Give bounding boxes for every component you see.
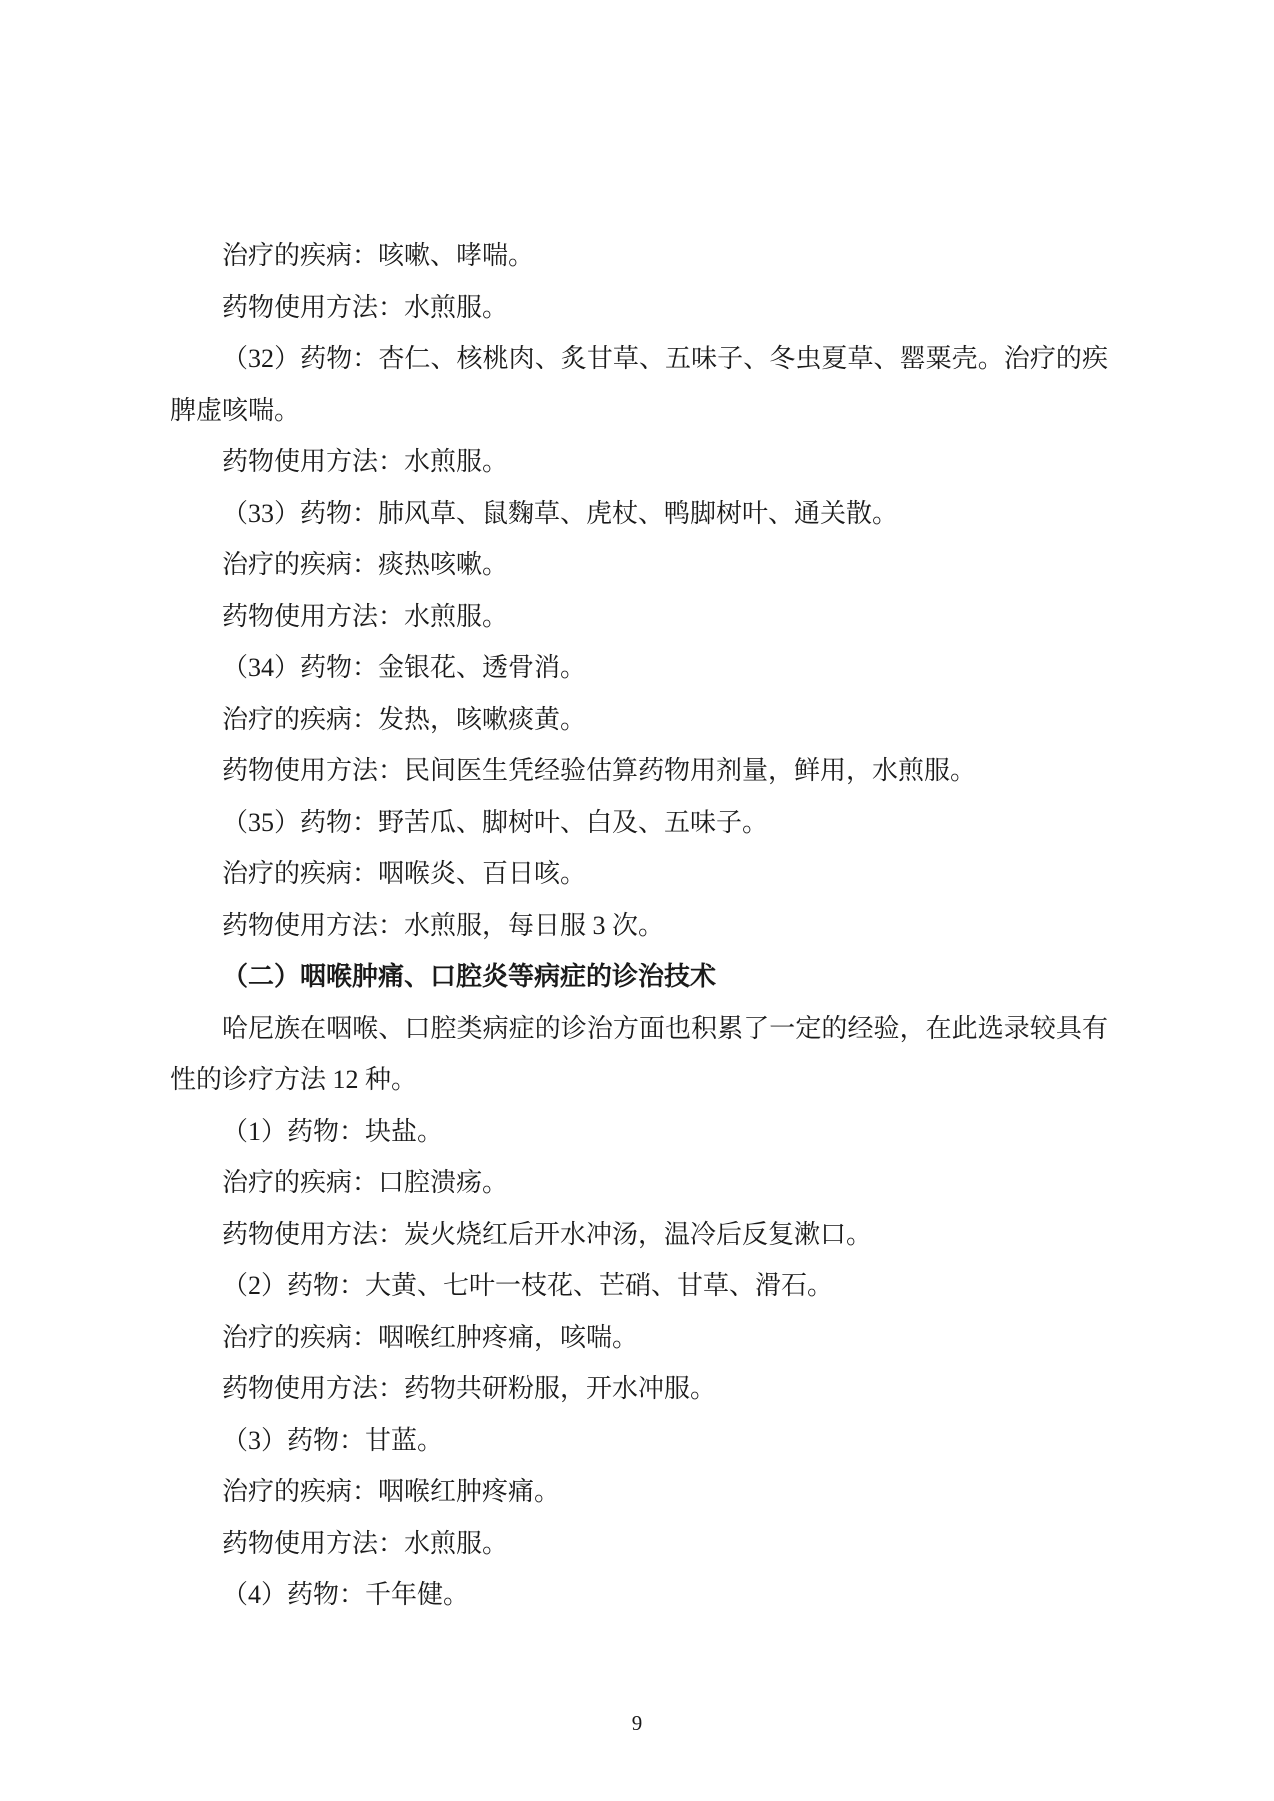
document-line: （1）药物：块盐。 xyxy=(170,1106,1108,1158)
page-number: 9 xyxy=(0,1707,1274,1739)
document-line: 药物使用方法：水煎服。 xyxy=(170,591,1108,643)
document-line: 性的诊疗方法 12 种。 xyxy=(170,1054,1108,1106)
document-line: 治疗的疾病：口腔溃疡。 xyxy=(170,1157,1108,1209)
document-line: （2）药物：大黄、七叶一枝花、芒硝、甘草、滑石。 xyxy=(170,1260,1108,1312)
document-line: 药物使用方法：水煎服，每日服 3 次。 xyxy=(170,900,1108,952)
document-line: 治疗的疾病：咽喉炎、百日咳。 xyxy=(170,848,1108,900)
document-line: （4）药物：千年健。 xyxy=(170,1569,1108,1621)
document-line: 药物使用方法：水煎服。 xyxy=(170,1518,1108,1570)
document-line: 药物使用方法：民间医生凭经验估算药物用剂量，鲜用，水煎服。 xyxy=(170,745,1108,797)
document-line: （35）药物：野苦瓜、脚树叶、白及、五味子。 xyxy=(170,797,1108,849)
section-heading: （二）咽喉肿痛、口腔炎等病症的诊治技术 xyxy=(170,951,1108,1003)
document-page: { "page": { "background_color": "#ffffff… xyxy=(0,0,1274,1801)
document-line: 治疗的疾病：咽喉红肿疼痛，咳喘。 xyxy=(170,1312,1108,1364)
document-line: 哈尼族在咽喉、口腔类病症的诊治方面也积累了一定的经验，在此选录较具有变 xyxy=(170,1003,1108,1055)
document-line: 药物使用方法：炭火烧红后开水冲汤，温冷后反复漱口。 xyxy=(170,1209,1108,1261)
document-line: 治疗的疾病：发热，咳嗽痰黄。 xyxy=(170,694,1108,746)
document-line: （33）药物：肺风草、鼠麴草、虎杖、鸭脚树叶、通关散。 xyxy=(170,488,1108,540)
document-body: 治疗的疾病：咳嗽、哮喘。 药物使用方法：水煎服。 （32）药物：杏仁、核桃肉、炙… xyxy=(170,230,1108,1621)
document-line: 治疗的疾病：咳嗽、哮喘。 xyxy=(170,230,1108,282)
document-line: （34）药物：金银花、透骨消。 xyxy=(170,642,1108,694)
document-line: 药物使用方法：水煎服。 xyxy=(170,282,1108,334)
page-canvas: 治疗的疾病：咳嗽、哮喘。 药物使用方法：水煎服。 （32）药物：杏仁、核桃肉、炙… xyxy=(0,0,1274,1801)
document-line: （3）药物：甘蓝。 xyxy=(170,1415,1108,1467)
document-line: 治疗的疾病：痰热咳嗽。 xyxy=(170,539,1108,591)
document-line: 脾虚咳喘。 xyxy=(170,385,1108,437)
document-line: 药物使用方法：药物共研粉服，开水冲服。 xyxy=(170,1363,1108,1415)
document-line: 药物使用方法：水煎服。 xyxy=(170,436,1108,488)
document-line: （32）药物：杏仁、核桃肉、炙甘草、五味子、冬虫夏草、罂粟壳。治疗的疾病： xyxy=(170,333,1108,385)
document-line: 治疗的疾病：咽喉红肿疼痛。 xyxy=(170,1466,1108,1518)
